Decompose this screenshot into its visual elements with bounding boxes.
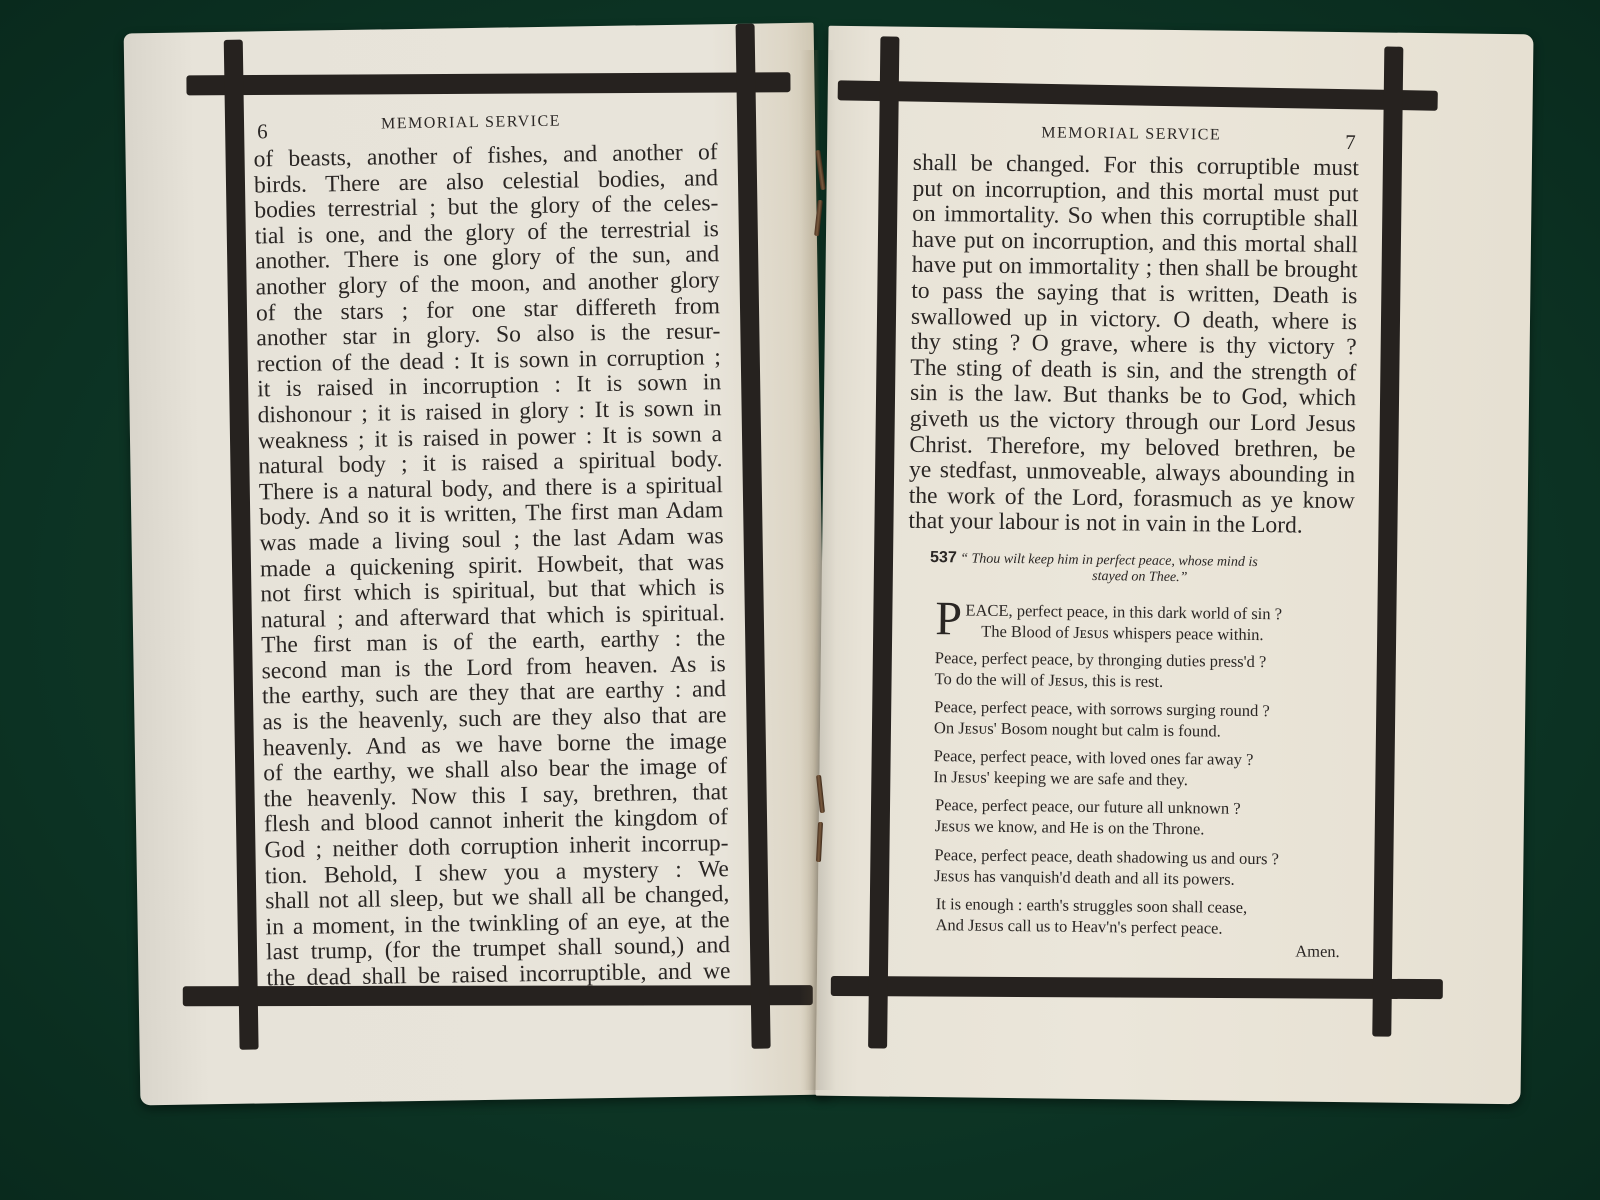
hymn-line: On Jᴇsᴜs' Bosom nought but calm is found… [934,717,1270,742]
scripture-text: of beasts, another of fishes, and anothe… [253,140,730,992]
scripture-text: shall be changed. For this corruptible m… [908,151,1359,540]
hymn-stanza-6: Peace, perfect peace, death shadowing us… [934,844,1279,890]
border-left-bar [868,36,899,1048]
hymn-epigraph: “ Thou wilt keep him in perfect peace, w… [960,551,1258,570]
left-page: 6 MEMORIAL SERVICE of beasts, another of… [124,23,831,1106]
staple-top [815,150,826,190]
hymn-epigraph-continued: stayed on Thee.” [930,567,1350,588]
hymn-amen: Amen. [1295,942,1340,963]
hymn-stanza-2: Peace, perfect peace, by thronging dutie… [934,647,1266,693]
text-line: that your labour is not in vain in the L… [908,509,1354,540]
running-head: MEMORIAL SERVICE [381,113,561,134]
border-right-bar [736,24,771,1049]
page-number: 7 [1345,130,1356,155]
hymn-line: Jᴇsᴜs has vanquish'd death and all its p… [934,865,1279,890]
hymn-line: To do the will of Jᴇsᴜs, this is rest. [934,668,1266,693]
hymn-stanza-5: Peace, perfect peace, our future all unk… [935,794,1241,840]
hymn-stanza-3: Peace, perfect peace, with sorrows surgi… [934,696,1270,742]
open-booklet: 6 MEMORIAL SERVICE of beasts, another of… [0,0,1600,1200]
right-page: MEMORIAL SERVICE 7 shall be changed. For… [815,26,1533,1105]
border-top-bar [186,72,790,95]
page-number: 6 [257,119,268,144]
running-head: MEMORIAL SERVICE [1041,124,1221,144]
border-bottom-bar [831,976,1443,999]
hymn-number: 537 [930,549,957,566]
border-right-bar [1372,47,1403,1037]
hymn-line: Jᴇsᴜs we know, and He is on the Throne. [935,815,1241,840]
hymn-stanza-7: It is enough : earth's struggles soon sh… [935,893,1247,939]
hymn-stanza-1: P EACE, perfect peace, in this dark worl… [935,599,1282,645]
hymn-stanza-4: Peace, perfect peace, with loved ones fa… [933,745,1253,791]
hymn-line: The Blood of Jᴇsᴜs whispers peace within… [935,620,1282,645]
drop-cap: P [935,597,962,641]
border-top-bar [838,80,1438,110]
hymn-heading: 537 “ Thou wilt keep him in perfect peac… [930,549,1350,588]
hymn-line: And Jᴇsᴜs call us to Heav'n's perfect pe… [935,914,1247,939]
hymn-line: In Jᴇsᴜs' keeping we are safe and they. [933,766,1253,791]
